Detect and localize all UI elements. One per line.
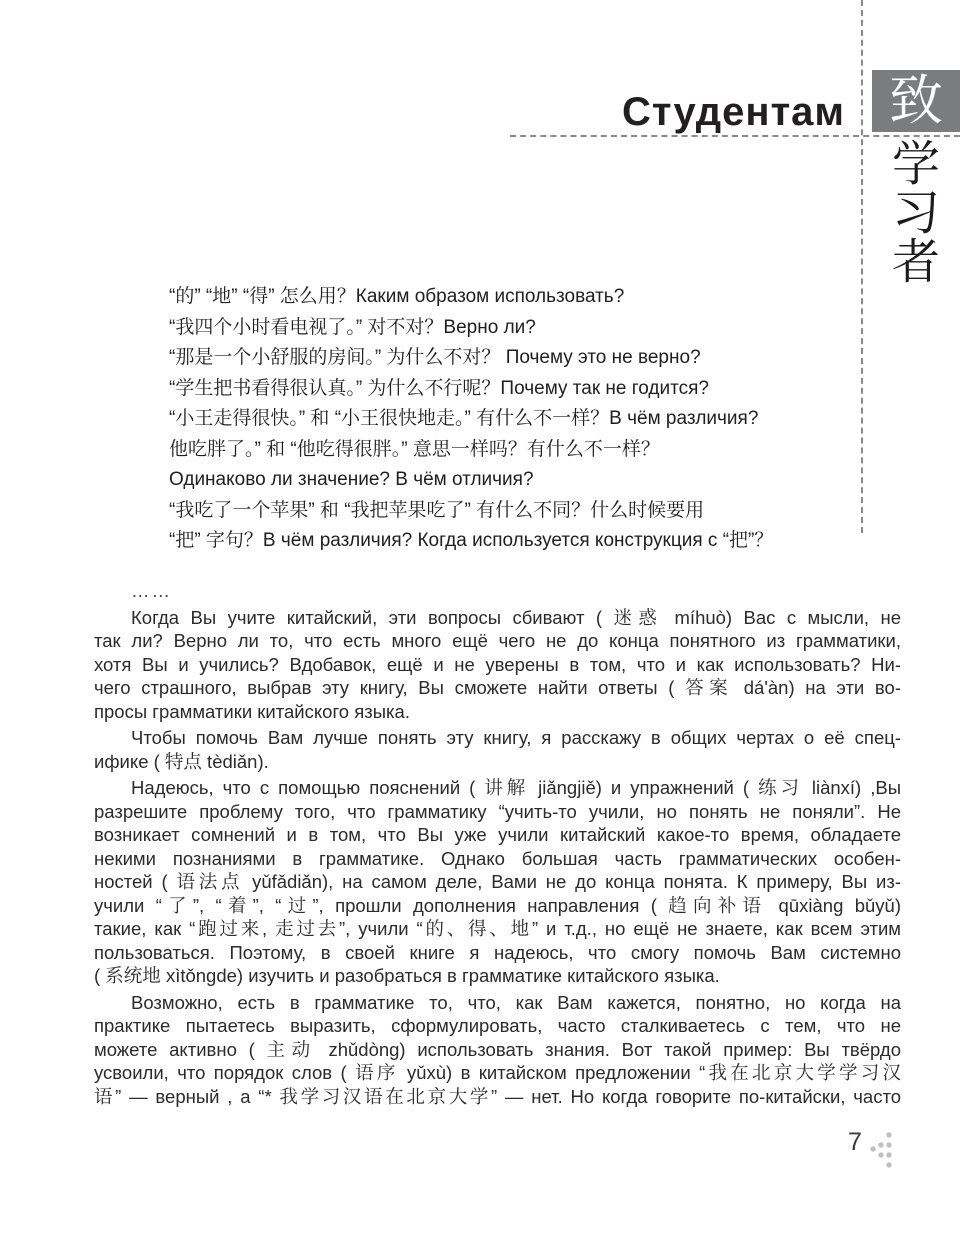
question-line: “那是一个小舒服的房间。” 为什么不对？ Почему это не верно… [169, 343, 859, 374]
body-line: 语” — верный , а “* 我学习汉语在北京大学” — нет. Но… [94, 1085, 901, 1109]
body-line: такие, как “跑过来, 走过去”, учили “的、得、地” и т… [94, 917, 901, 941]
side-tab-boxed-char: 致 [872, 70, 960, 132]
body-line: ностей ( 语法点 yǔfǎdiǎn), на самом деле, В… [94, 870, 901, 894]
body-line: возникает сомнений и в том, что Вы уже у… [94, 823, 901, 847]
body-line: Возможно, есть в грамматике то, что, как… [94, 991, 901, 1015]
body-line: хотя Вы и учились? Вдобавок, ещё и не ув… [94, 653, 901, 677]
question-line: “把” 字句？В чём различия? Когда используетс… [169, 526, 859, 557]
side-divider-line [861, 0, 863, 533]
body-line: практике пытаетесь выразить, сформулиров… [94, 1014, 901, 1038]
vertical-char: 学 [892, 140, 940, 189]
body-line: учили “了”, “着”, “过”, прошли дополнения н… [94, 894, 901, 918]
question-line: “学生把书看得很认真。” 为什么不行呢？Почему так не годитс… [169, 374, 859, 405]
paragraph: Когда Вы учите китайский, эти вопросы сб… [94, 606, 901, 724]
body-line: можете активно ( 主动 zhǔdòng) использоват… [94, 1038, 901, 1062]
vertical-char: 者 [892, 238, 940, 287]
body-line: чего страшного, выбрав эту книгу, Вы смо… [94, 676, 901, 700]
vertical-char: 习 [892, 189, 940, 238]
body-line: Чтобы помочь Вам лучше понять эту книгу,… [94, 726, 901, 750]
question-line: Одинаково ли значение? В чём отличия? [169, 465, 859, 496]
body-line: ифике ( 特点 tèdiǎn). [94, 750, 901, 774]
body-line: некими познаниями в грамматике. Однако б… [94, 847, 901, 871]
paragraph: Возможно, есть в грамматике то, что, как… [94, 991, 901, 1109]
body-text: …… Когда Вы учите китайский, эти вопросы… [94, 579, 901, 1108]
body-line: так ли? Верно ли то, что есть много ещё … [94, 629, 901, 653]
question-line: “小王走得很快。” 和 “小王很快地走。” 有什么不一样？В чём разли… [169, 404, 859, 435]
body-line: разрешите проблему того, что грамматику … [94, 800, 901, 824]
dots-decoration-icon [868, 1128, 896, 1168]
page-number: 7 [848, 1128, 862, 1157]
boxed-char: 致 [889, 74, 943, 128]
header-divider-line [510, 135, 960, 137]
ellipsis-line: …… [94, 579, 901, 603]
page-title: Студентам [622, 90, 845, 135]
body-line: Надеюсь, что с помощью пояснений ( 讲解 ji… [94, 776, 901, 800]
question-line: 他吃胖了。” 和 “他吃得很胖。” 意思一样吗？有什么不一样？ [169, 435, 859, 466]
questions-block: “的” “地” “得” 怎么用？Каким образом использова… [169, 282, 859, 557]
question-line: “我四个小时看电视了。” 对不对？Верно ли? [169, 313, 859, 344]
body-line: пользоваться. Поэтому, в своей книге я н… [94, 941, 901, 965]
book-page: Студентам 致 学 习 者 “的” “地” “得” 怎么用？Каким … [0, 0, 960, 1243]
body-line: усвоили, что порядок слов ( 语序 yǔxù) в к… [94, 1061, 901, 1085]
question-line: “我吃了一个苹果” 和 “我把苹果吃了” 有什么不同？什么时候要用 [169, 496, 859, 527]
body-line: ( 系统地 xìtǒngde) изучить и разобраться в … [94, 964, 901, 988]
body-line: просы грамматики китайского языка. [94, 700, 901, 724]
paragraph: Чтобы помочь Вам лучше понять эту книгу,… [94, 726, 901, 773]
question-line: “的” “地” “得” 怎么用？Каким образом использова… [169, 282, 859, 313]
paragraph: Надеюсь, что с помощью пояснений ( 讲解 ji… [94, 776, 901, 988]
side-tab: 学 习 者 [872, 140, 960, 287]
body-line: Когда Вы учите китайский, эти вопросы сб… [94, 606, 901, 630]
